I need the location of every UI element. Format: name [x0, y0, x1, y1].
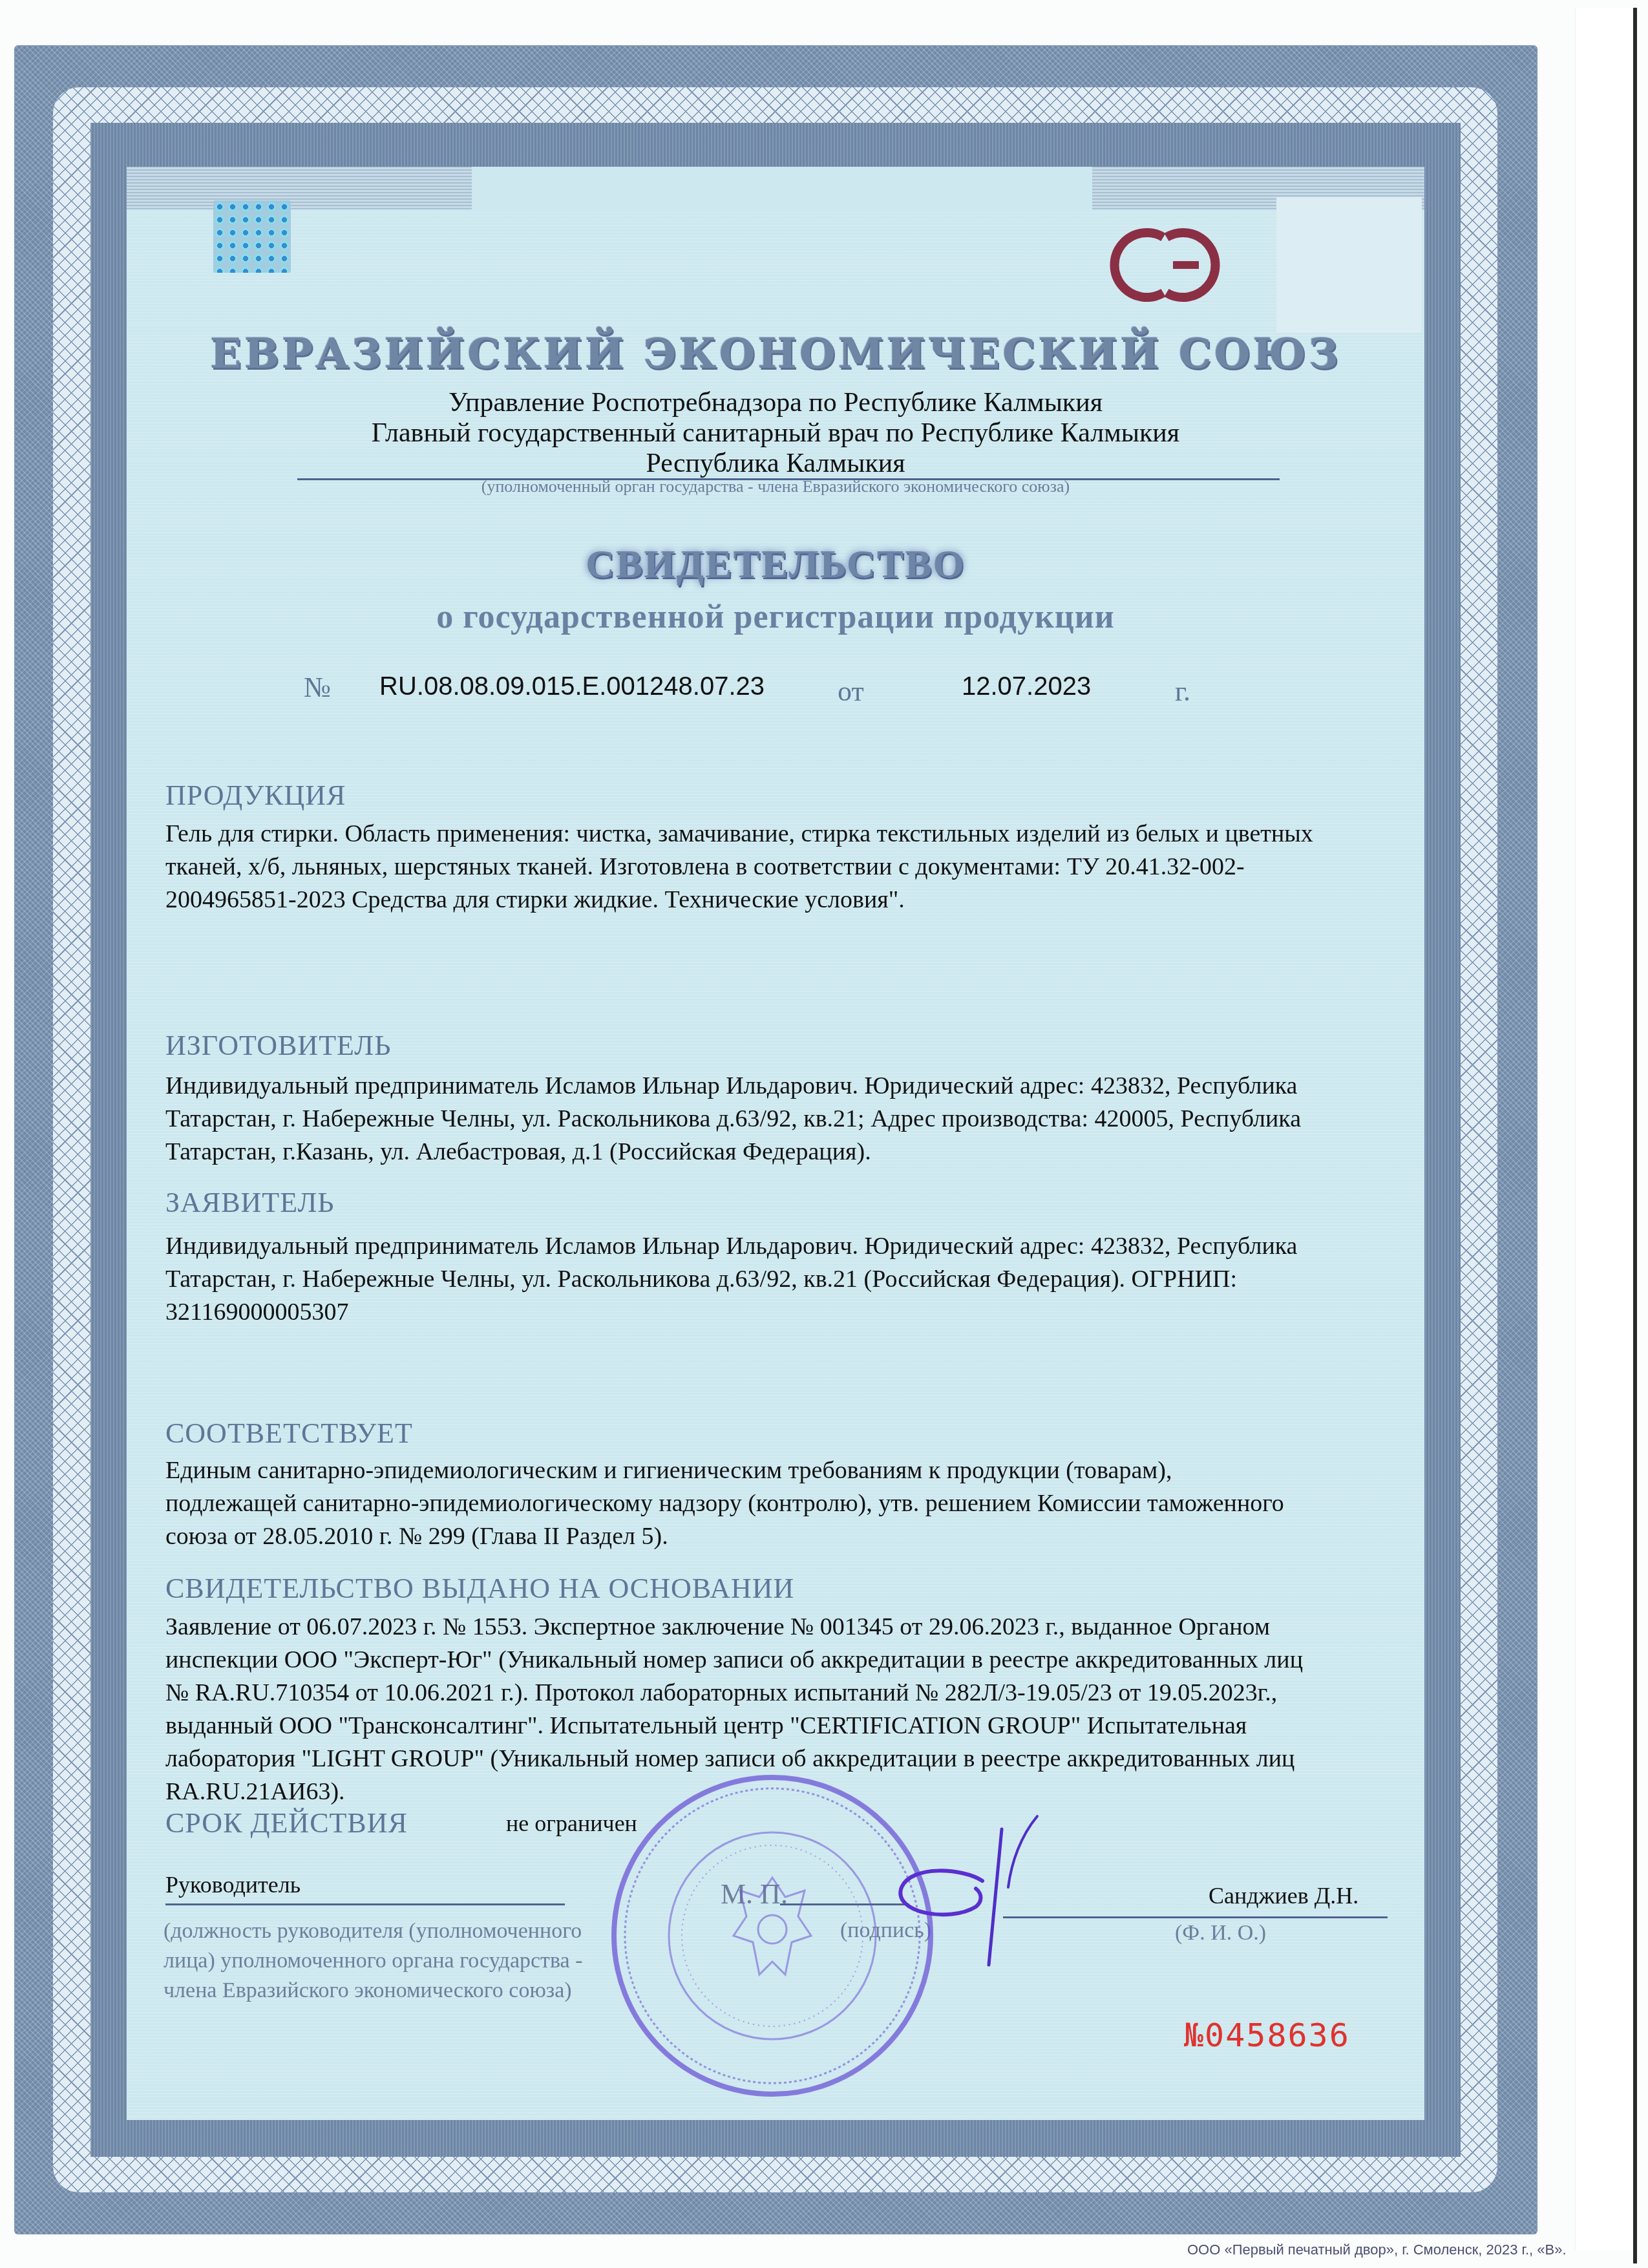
customs-union-mark-icon	[1102, 223, 1238, 307]
validity-heading: СРОК ДЕЙСТВИЯ	[165, 1807, 408, 1839]
product-line: 2004965851-2023 Средства для стирки жидк…	[165, 884, 1432, 917]
product-heading: ПРОДУКЦИЯ	[165, 779, 346, 812]
product-line: Гель для стирки. Область применения: чис…	[165, 818, 1432, 851]
conforms-line: союза от 28.05.2010 г. № 299 (Глава II Р…	[165, 1520, 1432, 1553]
name-line	[1064, 1916, 1388, 1918]
authority-caption: (уполномоченный орган государства - член…	[127, 477, 1424, 496]
manufacturer-line: Индивидуальный предприниматель Исламов И…	[165, 1070, 1432, 1103]
signatory-name: Санджиев Д.Н.	[1209, 1882, 1358, 1909]
certificate-number: RU.08.08.09.015.E.001248.07.23	[379, 672, 765, 701]
certificate-title: СВИДЕТЕЛЬСТВО	[127, 542, 1424, 588]
applicant-line: 321169000005307	[165, 1296, 1432, 1329]
position-hint-line: лица) уполномоченного органа государства…	[164, 1946, 582, 1976]
basis-line: инспекции ООО "Эксперт-Юг" (Уникальный н…	[165, 1644, 1432, 1677]
watermark-area	[1276, 197, 1422, 333]
certificate-date: 12.07.2023	[962, 672, 1091, 701]
number-label: №	[304, 671, 331, 704]
authority-line-2: Главный государственный санитарный врач …	[127, 418, 1424, 448]
paper-margin	[1575, 8, 1634, 2251]
manufacturer-line: Татарстан, г.Казань, ул. Алебастровая, д…	[165, 1136, 1432, 1169]
signatory-position: Руководитель	[165, 1871, 301, 1898]
union-title: ЕВРАЗИЙСКИЙ ЭКОНОМИЧЕСКИЙ СОЮЗ	[127, 330, 1424, 378]
manufacturer-line: Татарстан, г. Набережные Челны, ул. Раск…	[165, 1103, 1432, 1136]
basis-line: № RA.RU.710354 от 10.06.2021 г.). Проток…	[165, 1677, 1432, 1710]
position-line	[165, 1903, 565, 1905]
applicant-heading: ЗАЯВИТЕЛЬ	[165, 1186, 335, 1219]
conforms-body: Единым санитарно-эпидемиологическим и ги…	[165, 1454, 1432, 1553]
authority-line-3: Республика Калмыкия	[127, 449, 1424, 478]
year-suffix: г.	[1175, 675, 1190, 708]
basis-heading: СВИДЕТЕЛЬСТВО ВЫДАНО НА ОСНОВАНИИ	[165, 1572, 794, 1605]
printer-imprint: ООО «Первый печатный двор», г. Смоленск,…	[1187, 2242, 1567, 2258]
applicant-body: Индивидуальный предприниматель Исламов И…	[165, 1230, 1432, 1329]
name-hint: (Ф. И. О.)	[1175, 1921, 1266, 1945]
manufacturer-heading: ИЗГОТОВИТЕЛЬ	[165, 1029, 391, 1062]
handwritten-signature-icon	[885, 1810, 1053, 1978]
authority-line-1: Управление Роспотребнадзора по Республик…	[127, 388, 1424, 418]
conforms-line: Единым санитарно-эпидемиологическим и ги…	[165, 1454, 1432, 1487]
applicant-line: Индивидуальный предприниматель Исламов И…	[165, 1230, 1432, 1263]
top-pattern-gap	[472, 167, 1092, 209]
manufacturer-body: Индивидуальный предприниматель Исламов И…	[165, 1070, 1432, 1169]
scan-edge	[1633, 8, 1637, 2263]
product-line: тканей, х/б, льняных, шерстяных тканей. …	[165, 851, 1432, 884]
product-body: Гель для стирки. Область применения: чис…	[165, 818, 1432, 917]
date-label: от	[838, 675, 864, 708]
position-hint-line: (должность руководителя (уполномоченного	[164, 1916, 582, 1946]
hologram-sticker-icon	[213, 200, 291, 273]
basis-line: Заявление от 06.07.2023 г. № 1553. Экспе…	[165, 1611, 1432, 1644]
blank-serial-number: №0458636	[1184, 2017, 1350, 2054]
applicant-line: Татарстан, г. Набережные Челны, ул. Раск…	[165, 1263, 1432, 1296]
basis-line: выданный ООО "Трансконсалтинг". Испытате…	[165, 1710, 1432, 1743]
conforms-heading: СООТВЕТСТВУЕТ	[165, 1417, 413, 1450]
position-hint-line: члена Евразийского экономического союза)	[164, 1976, 582, 2006]
conforms-line: подлежащей санитарно-эпидемиологическому…	[165, 1487, 1432, 1520]
certificate-subtitle: о государственной регистрации продукции	[127, 598, 1424, 636]
position-hint: (должность руководителя (уполномоченного…	[164, 1916, 582, 2006]
